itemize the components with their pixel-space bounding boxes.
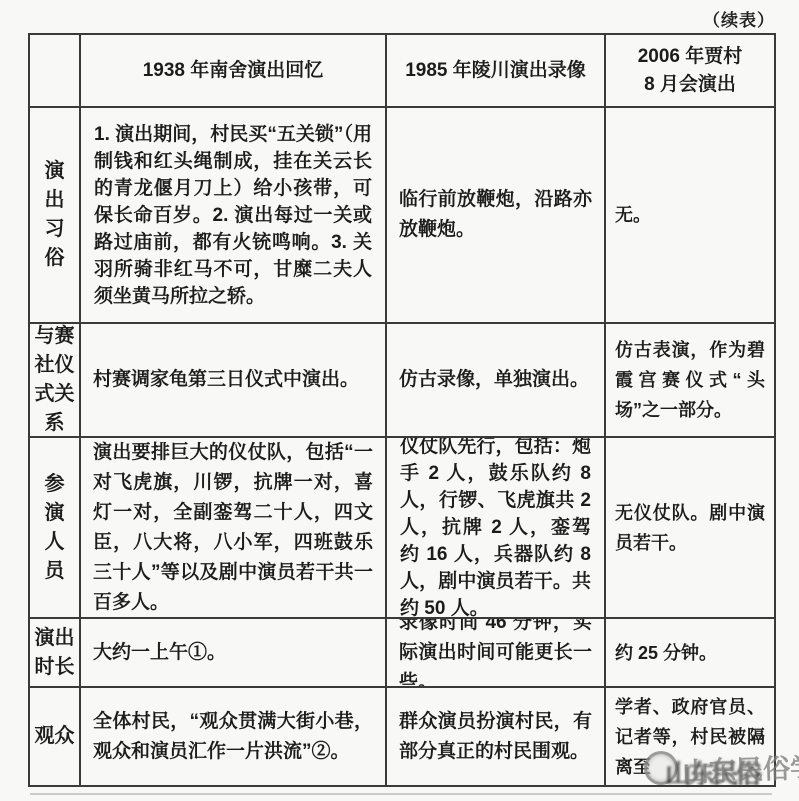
row-label-text: 观众 [33,722,77,751]
cell-participants-1938: 演出要排巨大的仪仗队，包括“一对飞虎旗，川锣，抗牌一对，喜灯一对，全副銮驾二十人… [81,438,387,619]
row-label-text: 与赛社仪式关系 [33,324,77,438]
header-corner-empty [30,35,81,108]
continued-table-label: （续表） [703,6,775,31]
cell-audience-1985: 群众演员扮演村民，有部分真正的村民围观。 [387,688,606,785]
cell-text: 学者、政府官员、记者等，村民被隔离至 [606,688,774,785]
cell-customs-2006: 无。 [606,108,774,324]
cell-text: 无仪仗队。剧中演员若干。 [606,494,774,562]
cell-text: 全体村民，“观众贯满大街小巷，观众和演员汇作一片洪流”②。 [81,703,385,771]
comparison-table: 1938 年南舍演出回忆 1985 年陵川演出录像 2006 年贾村 8 月会演… [28,33,776,787]
cell-participants-1985: 仪仗队先行，包括：炮手 2 人，鼓乐队约 8 人，行锣、飞虎旗共 2 人，抗牌 … [387,438,606,619]
header-2006-line1: 2006 年贾村 [610,43,770,71]
header-1985-text: 1985 年陵川演出录像 [387,55,604,87]
cell-ritual-2006: 仿古表演，作为碧霞宫赛仪式“头场”之一部分。 [606,324,774,438]
cell-duration-1985: 录像时间 46 分钟，实际演出时间可能更长一些。 [387,619,606,688]
cell-text: 临行前放鞭炮，沿路亦放鞭炮。 [387,181,604,249]
cell-duration-1938: 大约一上午①。 [81,619,387,688]
cell-participants-2006: 无仪仗队。剧中演员若干。 [606,438,774,619]
cell-ritual-1985: 仿古录像，单独演出。 [387,324,606,438]
cell-text: 仿古录像，单独演出。 [387,363,604,397]
cell-text: 无。 [606,196,774,234]
header-1985-lingchuan: 1985 年陵川演出录像 [387,35,606,108]
cell-text: 仿古表演，作为碧霞宫赛仪式“头场”之一部分。 [606,331,774,429]
header-2006-line2: 8 月会演出 [610,71,770,99]
cell-text: 大约一上午①。 [81,636,385,670]
row-label-ritual-relation: 与赛社仪式关系 [30,324,81,438]
row-label-text: 演出时长 [33,624,77,682]
row-label-performance-customs: 演出习俗 [30,108,81,324]
cell-customs-1985: 临行前放鞭炮，沿路亦放鞭炮。 [387,108,606,324]
cell-text: 约 25 分钟。 [606,634,774,672]
row-label-duration: 演出时长 [30,619,81,688]
cell-text: 村赛调家龟第三日仪式中演出。 [81,363,385,397]
header-1938-text: 1938 年南舍演出回忆 [81,55,385,87]
row-label-audience: 观众 [30,688,81,785]
cell-text: 仪仗队先行，包括：炮手 2 人，鼓乐队约 8 人，行锣、飞虎旗共 2 人，抗牌 … [387,438,604,619]
cell-text: 群众演员扮演村民，有部分真正的村民围观。 [387,703,604,771]
cell-text: 录像时间 46 分钟，实际演出时间可能更长一些。 [387,619,604,688]
cell-ritual-1938: 村赛调家龟第三日仪式中演出。 [81,324,387,438]
cell-text: 1. 演出期间，村民买“五关锁”（用制钱和红头绳制成，挂在关云长的青龙偃月刀上）… [81,117,385,314]
cell-text: 演出要排巨大的仪仗队，包括“一对飞虎旗，川锣，抗牌一对，喜灯一对，全副銮驾二十人… [81,438,385,619]
row-label-participants: 参演人员 [30,438,81,619]
cell-audience-1938: 全体村民，“观众贯满大街小巷，观众和演员汇作一片洪流”②。 [81,688,387,785]
row-label-text: 演出习俗 [44,157,66,273]
scanned-book-page: （续表） 1938 年南舍演出回忆 1985 年陵川演出录像 2006 年贾村 … [0,0,799,801]
header-2006-jiacun: 2006 年贾村 8 月会演出 [606,35,774,108]
scan-artifact-line [30,793,772,795]
row-label-text: 参演人员 [44,470,66,586]
cell-audience-2006: 学者、政府官员、记者等，村民被隔离至 [606,688,774,785]
cell-customs-1938: 1. 演出期间，村民买“五关锁”（用制钱和红头绳制成，挂在关云长的青龙偃月刀上）… [81,108,387,324]
header-1938-nanshe: 1938 年南舍演出回忆 [81,35,387,108]
cell-duration-2006: 约 25 分钟。 [606,619,774,688]
